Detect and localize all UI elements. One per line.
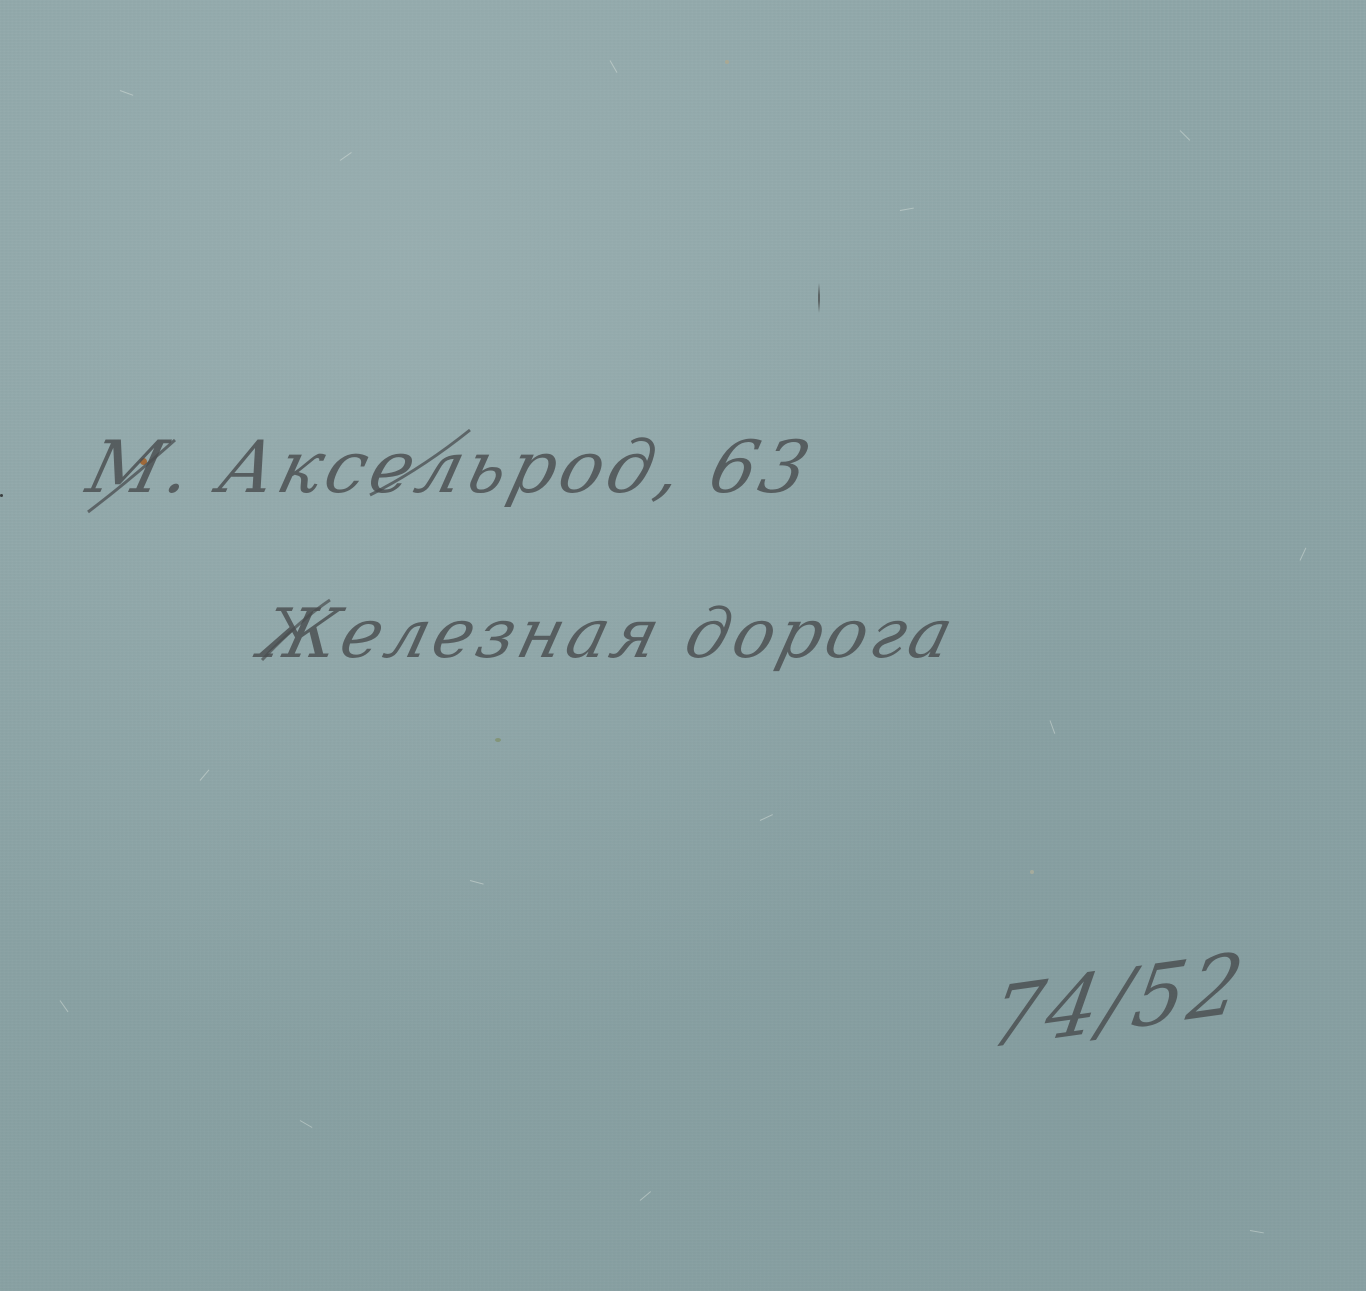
pencil-tick-mark (818, 283, 820, 313)
paper-speck (725, 60, 729, 64)
edge-dot (0, 494, 3, 497)
paper-speck (495, 738, 501, 742)
paper-speck (1030, 870, 1034, 874)
artwork-title-line: Железная дорога (252, 595, 964, 674)
artist-signature-line: М. Аксельрод, 63 (80, 425, 822, 509)
